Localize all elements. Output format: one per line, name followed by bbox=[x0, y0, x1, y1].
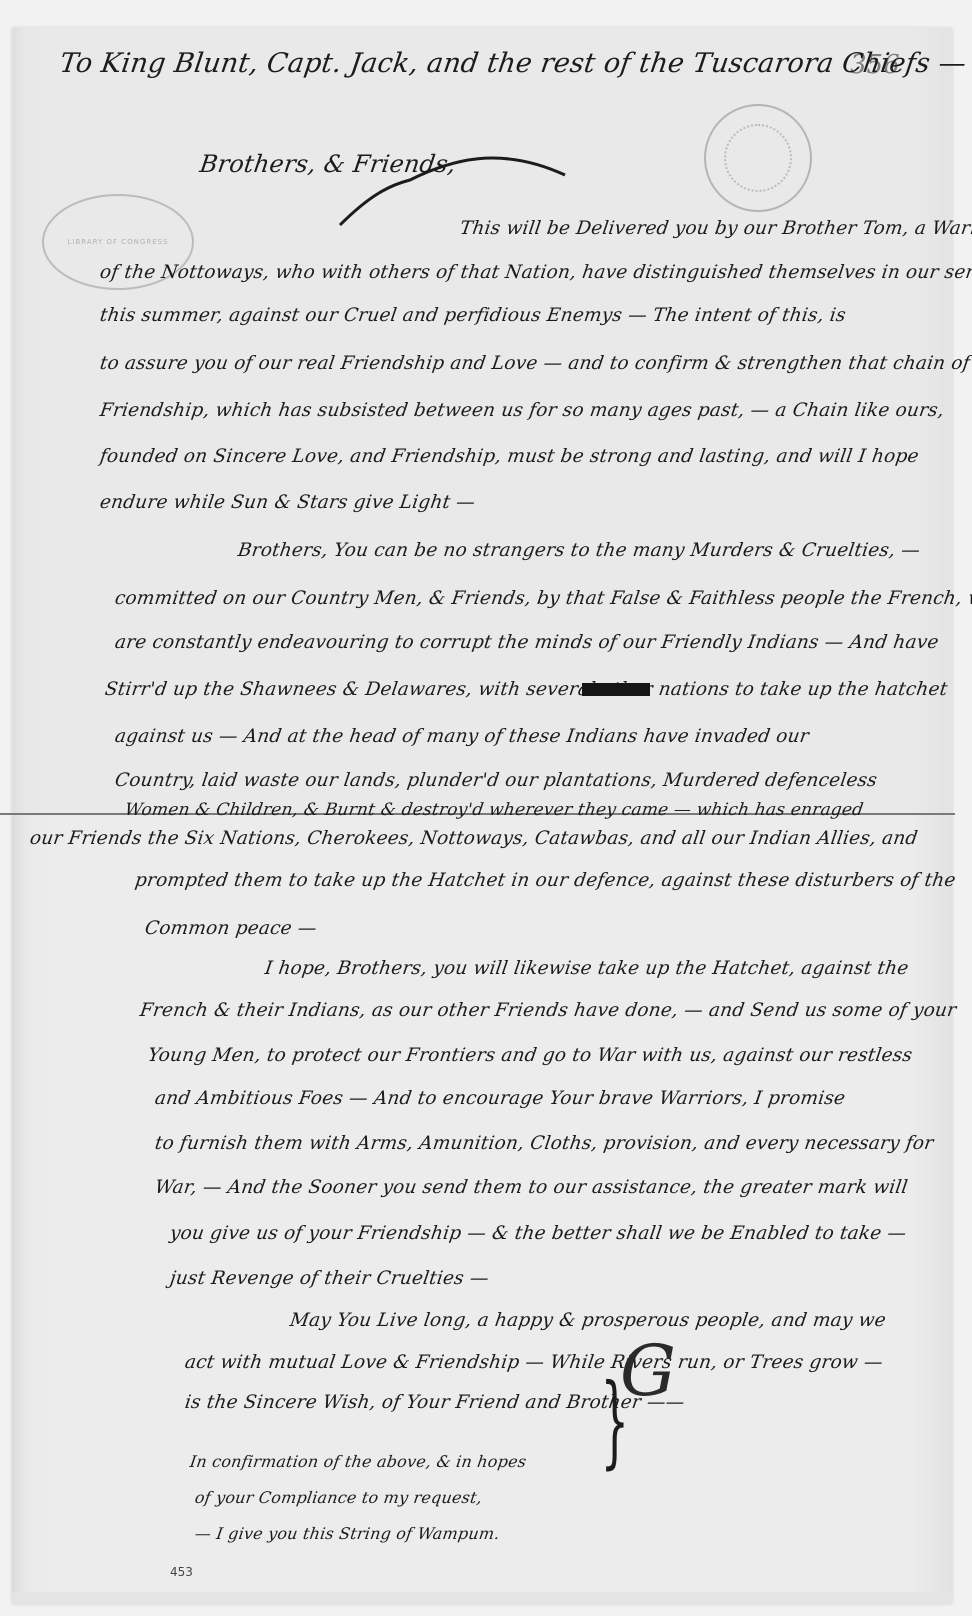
letter-line: this summer, against our Cruel and perfi… bbox=[99, 305, 848, 326]
letter-line: to furnish them with Arms, Amunition, Cl… bbox=[154, 1133, 935, 1154]
letter-line: act with mutual Love & Friendship — Whil… bbox=[184, 1352, 885, 1373]
letter-line: This will be Delivered you by our Brothe… bbox=[459, 218, 972, 239]
letter-line: just Revenge of their Cruelties — bbox=[169, 1268, 491, 1289]
letter-line: I hope, Brothers, you will likewise take… bbox=[264, 958, 910, 979]
letter-line: Friendship, which has subsisted between … bbox=[99, 400, 946, 421]
letter-line: to assure you of our real Friendship and… bbox=[99, 353, 972, 374]
page-bottom-edge bbox=[12, 1592, 952, 1604]
letter-line: our Friends the Six Nations, Cherokees, … bbox=[29, 828, 920, 849]
letter-line: Women & Children, & Burnt & destroy'd wh… bbox=[124, 800, 865, 820]
letter-line: of the Nottoways, who with others of tha… bbox=[99, 262, 972, 283]
letter-line: French & their Indians, as our other Fri… bbox=[139, 1000, 958, 1021]
library-stamp-right bbox=[704, 104, 812, 212]
address-line: To King Blunt, Capt. Jack, and the rest … bbox=[58, 48, 968, 79]
letter-line: Stirr'd up the Shawnees & Delawares, wit… bbox=[104, 679, 949, 700]
letter-line: Common peace — bbox=[144, 918, 319, 939]
letter-line: Young Men, to protect our Frontiers and … bbox=[147, 1045, 914, 1066]
letter-line: Country, laid waste our lands, plunder'd… bbox=[114, 770, 879, 791]
letter-line: founded on Sincere Love, and Friendship,… bbox=[99, 446, 921, 467]
postscript-line: In confirmation of the above, & in hopes bbox=[189, 1452, 528, 1471]
letter-line: Brothers, You can be no strangers to the… bbox=[237, 540, 922, 561]
letter-line: May You Live long, a happy & prosperous … bbox=[289, 1310, 888, 1331]
letter-line: prompted them to take up the Hatchet in … bbox=[134, 870, 958, 891]
letter-line: War, — And the Sooner you send them to o… bbox=[154, 1177, 910, 1198]
signature-initial: G bbox=[620, 1330, 676, 1412]
postscript-line: of your Compliance to my request, bbox=[194, 1488, 484, 1507]
postscript-line: — I give you this String of Wampum. bbox=[194, 1524, 501, 1543]
stamp-seal-icon bbox=[724, 124, 792, 192]
letter-line: against us — And at the head of many of … bbox=[114, 726, 811, 747]
page-number: 453 bbox=[170, 1565, 193, 1579]
letter-line: committed on our Country Men, & Friends,… bbox=[114, 588, 972, 609]
letter-line: and Ambitious Foes — And to encourage Yo… bbox=[154, 1088, 847, 1109]
struck-out-word bbox=[582, 683, 650, 696]
letter-line: you give us of your Friendship — & the b… bbox=[169, 1223, 908, 1244]
letter-line: are constantly endeavouring to corrupt t… bbox=[114, 632, 941, 653]
stamp-left-text: LIBRARY OF CONGRESS bbox=[67, 238, 168, 246]
letter-line: endure while Sun & Stars give Light — bbox=[99, 492, 477, 513]
